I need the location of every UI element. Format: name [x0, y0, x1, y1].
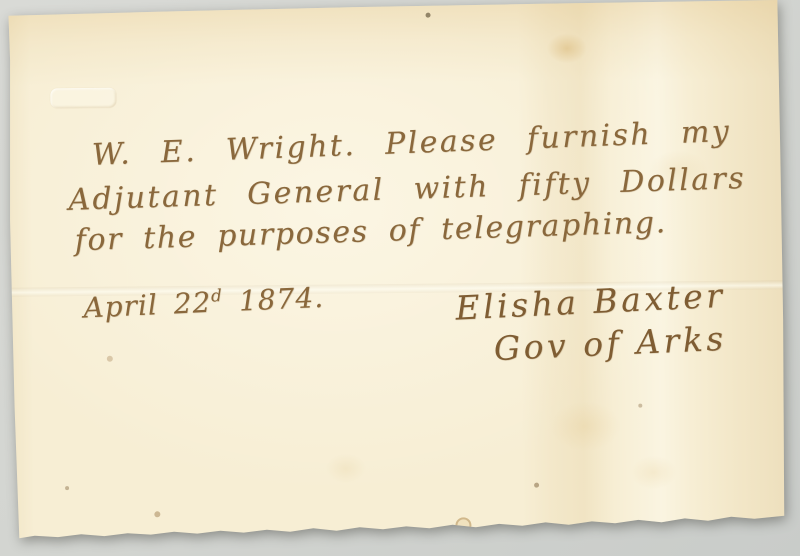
- paper: W. E. Wright. Please furnish my Adjutant…: [6, 0, 785, 540]
- paper-shadow: W. E. Wright. Please furnish my Adjutant…: [0, 0, 800, 556]
- ink-speck: [65, 486, 69, 490]
- ink-speck: [426, 13, 431, 18]
- stain-spot: [547, 33, 587, 63]
- ink-speck: [638, 404, 642, 408]
- stain-spot: [326, 453, 366, 483]
- note-line-3: for the purposes of telegraphing.: [74, 208, 667, 256]
- ink-speck: [107, 356, 113, 362]
- embossed-stamp: [50, 88, 116, 109]
- note-line-1: W. E. Wright. Please furnish my: [91, 117, 731, 171]
- date-prefix: April 22: [83, 286, 212, 325]
- photo-background: W. E. Wright. Please furnish my Adjutant…: [0, 0, 800, 556]
- ink-speck: [154, 511, 160, 517]
- stain-ring: [455, 517, 471, 533]
- date-superscript: d: [211, 285, 224, 306]
- date-suffix: 1874.: [222, 281, 324, 318]
- stain-spot: [550, 401, 620, 452]
- ink-speck: [534, 483, 539, 488]
- stain-spot: [631, 455, 677, 489]
- signature-title: Gov of Arks: [493, 322, 727, 365]
